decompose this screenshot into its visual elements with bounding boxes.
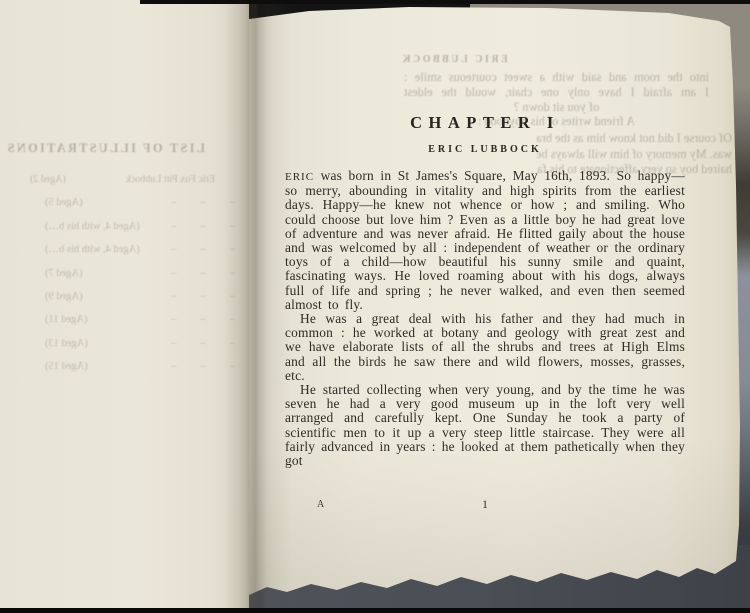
chapter-heading: CHAPTER I bbox=[285, 113, 685, 133]
leader-dashes: – – – bbox=[170, 244, 235, 255]
left-page: LIST OF ILLUSTRATIONS Eric Fox Pitt Lubb… bbox=[0, 0, 249, 608]
leader-dashes: – – – bbox=[170, 338, 235, 349]
showthrough-entry-title: Eric Fox Pitt Lubbock bbox=[126, 174, 215, 185]
list-item: Eric Fox Pitt Lubbock (Aged 2) bbox=[30, 174, 215, 197]
showthrough-entry-age: (Aged 4, with his b…) bbox=[45, 221, 140, 232]
list-item: – – – (Aged 7) bbox=[45, 268, 235, 291]
showthrough-entry-age: (Aged 9) bbox=[45, 291, 83, 302]
showthrough-entry-age: (Aged 15) bbox=[45, 361, 88, 372]
list-item: – – – (Aged 9) bbox=[45, 291, 235, 314]
showthrough-illustrations-heading: LIST OF ILLUSTRATIONS bbox=[0, 141, 205, 156]
list-item: – – – (Aged 13) bbox=[45, 338, 235, 361]
paragraph-3: He started collecting when very young, a… bbox=[285, 383, 685, 468]
paragraph-1: Eric was born in St James's Square, May … bbox=[285, 169, 685, 312]
showthrough-line: I am afraid I have only one chair, would… bbox=[404, 85, 709, 100]
showthrough-illustrations-list: Eric Fox Pitt Lubbock (Aged 2) – – – (Ag… bbox=[0, 174, 240, 385]
leader-dashes: – – – bbox=[170, 314, 235, 325]
paragraph-1-text: was born in St James's Square, May 16th,… bbox=[285, 168, 685, 312]
section-heading: ERIC LUBBOCK bbox=[285, 144, 685, 155]
list-item: – – – (Aged 5) bbox=[45, 197, 235, 220]
leader-dashes: – – – bbox=[170, 268, 235, 279]
right-page: ERIC LUBBOCK into the room and said with… bbox=[249, 5, 741, 603]
page-text-block: CHAPTER I ERIC LUBBOCK Eric was born in … bbox=[285, 113, 685, 468]
showthrough-line: into the room and said with a sweet cour… bbox=[404, 70, 709, 85]
list-item: – – – (Aged 4, with his b…) bbox=[45, 221, 235, 244]
showthrough-entry-age: (Aged 5) bbox=[45, 197, 83, 208]
showthrough-entry-age: (Aged 4, with his b…) bbox=[45, 244, 140, 255]
showthrough-entry-age: (Aged 2) bbox=[30, 174, 66, 185]
leader-dashes: – – – bbox=[170, 221, 235, 232]
page-number: 1 bbox=[285, 497, 685, 512]
leader-dashes: – – – bbox=[170, 361, 235, 372]
list-item: – – – (Aged 4, with his b…) bbox=[45, 244, 235, 267]
book-photo: LIST OF ILLUSTRATIONS Eric Fox Pitt Lubb… bbox=[0, 0, 750, 613]
list-item: – – – (Aged 15) bbox=[45, 361, 235, 384]
leader-dashes: – – – bbox=[170, 197, 235, 208]
showthrough-entry-age: (Aged 11) bbox=[45, 314, 87, 325]
frame-edge-top bbox=[140, 0, 750, 4]
showthrough-entry-age: (Aged 13) bbox=[45, 338, 88, 349]
showthrough-running-head: ERIC LUBBOCK bbox=[389, 54, 519, 65]
frame-edge-bottom bbox=[0, 608, 750, 613]
leader-dashes: – – – bbox=[170, 291, 235, 302]
showthrough-entry-age: (Aged 7) bbox=[45, 268, 83, 279]
list-item: – – – (Aged 11) bbox=[45, 314, 235, 337]
lead-word: Eric bbox=[285, 171, 314, 183]
paragraph-2: He was a great deal with his father and … bbox=[285, 312, 685, 383]
